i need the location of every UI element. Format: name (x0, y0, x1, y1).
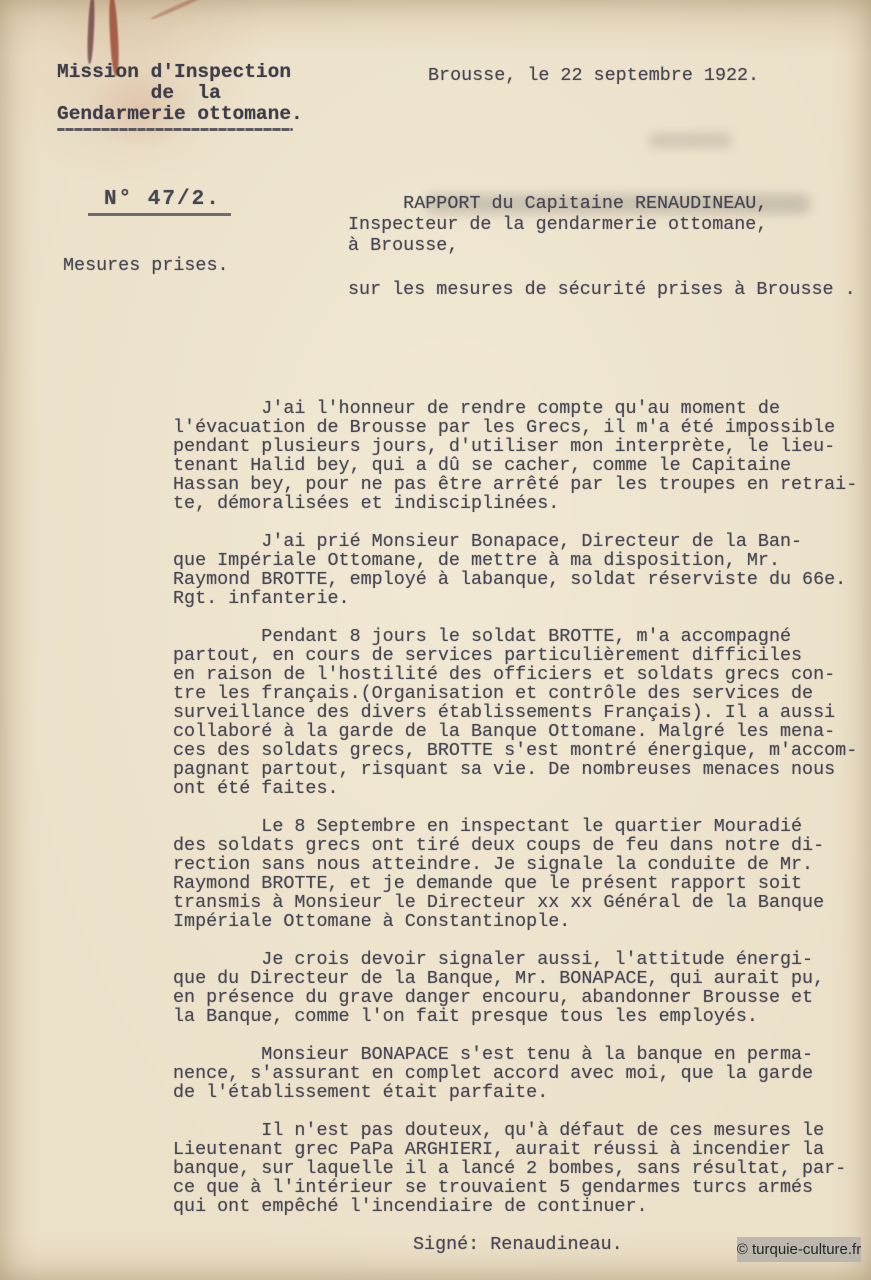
faint-smudge-top (648, 133, 732, 148)
reference-subject: Mesures prises. (63, 256, 229, 275)
watermark: © turquie-culture.fr (737, 1237, 861, 1262)
body-paragraph: J'ai prié Monsieur Bonapace, Directeur d… (173, 532, 853, 608)
body-paragraph: Pendant 8 jours le soldat BROTTE, m'a ac… (173, 627, 853, 798)
body-paragraph: Le 8 Septembre en inspectant le quartier… (173, 817, 853, 931)
body-paragraph: J'ai l'honneur de rendre compte qu'au mo… (173, 399, 853, 513)
letter-body: J'ai l'honneur de rendre compte qu'au mo… (173, 399, 853, 1254)
body-paragraph: Monsieur BONAPACE s'est tenu à la banque… (173, 1045, 853, 1102)
reference-number: N° 47/2. (88, 190, 231, 216)
red-ink-stroke-3 (150, 0, 210, 21)
report-subject: sur les mesures de sécurité prises à Bro… (348, 280, 856, 299)
red-ink-stroke-1 (87, 0, 96, 64)
body-paragraph: Je crois devoir signaler aussi, l'attitu… (173, 950, 853, 1026)
sender-underline (57, 128, 293, 131)
report-heading: RAPPORT du Capitaine RENAUDINEAU, Inspec… (348, 193, 767, 256)
body-paragraph: Il n'est pas douteux, qu'à défaut de ces… (173, 1121, 853, 1216)
sender-block: Mission d'Inspection de la Gendarmerie o… (57, 62, 303, 125)
dateline: Brousse, le 22 septembre 1922. (428, 66, 759, 85)
document-page: Mission d'Inspection de la Gendarmerie o… (0, 0, 871, 1280)
